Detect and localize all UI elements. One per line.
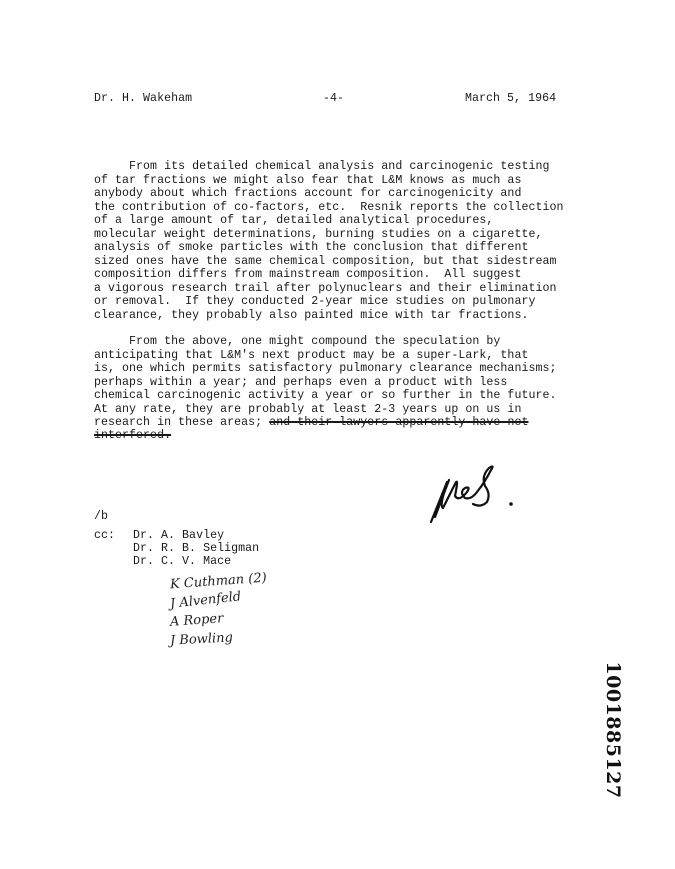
cc-recipient: Dr. A. Bavley bbox=[133, 529, 224, 542]
bates-number-text: 1001885127 bbox=[602, 661, 624, 798]
text-line: anybody about which fractions account fo… bbox=[94, 187, 521, 200]
text-line: At any rate, they are probably at least … bbox=[94, 403, 521, 416]
typist-initials: /b bbox=[94, 510, 108, 523]
handwritten-cc-name: J Bowling bbox=[170, 630, 234, 648]
struck-continuation: interfered. bbox=[94, 429, 171, 442]
last-line-text: research in these areas; bbox=[94, 416, 269, 429]
text-line: or removal. If they conducted 2-year mic… bbox=[94, 295, 535, 308]
text-line: is, one which permits satisfactory pulmo… bbox=[94, 362, 557, 375]
cc-label: cc: bbox=[94, 529, 115, 542]
text-line: the contribution of co-factors, etc. Res… bbox=[94, 201, 564, 214]
text-line: From its detailed chemical analysis and … bbox=[94, 160, 549, 173]
document-page: Dr. H. Wakeham -4- March 5, 1964 From it… bbox=[0, 0, 675, 869]
text-line: of a large amount of tar, detailed analy… bbox=[94, 214, 493, 227]
paragraph-2-last-line: research in these areas; and their lawye… bbox=[94, 416, 528, 429]
text-line: a vigorous research trail after polynucl… bbox=[94, 282, 557, 295]
text-line: composition differs from mainstream comp… bbox=[94, 268, 521, 281]
text-line: sized ones have the same chemical compos… bbox=[94, 255, 557, 268]
bates-number: 1001885127 bbox=[598, 665, 628, 795]
text-line: molecular weight determinations, burning… bbox=[94, 228, 542, 241]
text-line: of tar fractions we might also fear that… bbox=[94, 174, 521, 187]
handwritten-cc-name: A Roper bbox=[170, 611, 224, 630]
handwritten-cc-name: K Cuthman (2) bbox=[170, 571, 268, 593]
text-line: From the above, one might compound the s… bbox=[94, 335, 500, 348]
text-line: anticipating that L&M's next product may… bbox=[94, 349, 528, 362]
text-line: clearance, they probably also painted mi… bbox=[94, 309, 528, 322]
handwritten-cc-name: J Alvenfeld bbox=[169, 589, 241, 611]
handwritten-signature bbox=[425, 462, 525, 527]
page-number: -4- bbox=[323, 92, 344, 105]
struck-text: and their lawyers apparently have not bbox=[269, 416, 528, 429]
letter-date: March 5, 1964 bbox=[465, 92, 556, 105]
text-line: chemical carcinogenic activity a year or… bbox=[94, 389, 557, 402]
cc-recipient: Dr. R. B. Seligman bbox=[133, 542, 259, 555]
text-line: analysis of smoke particles with the con… bbox=[94, 241, 528, 254]
recipient-name: Dr. H. Wakeham bbox=[94, 92, 192, 105]
cc-recipient: Dr. C. V. Mace bbox=[133, 555, 231, 568]
text-line: perhaps within a year; and perhaps even … bbox=[94, 376, 507, 389]
